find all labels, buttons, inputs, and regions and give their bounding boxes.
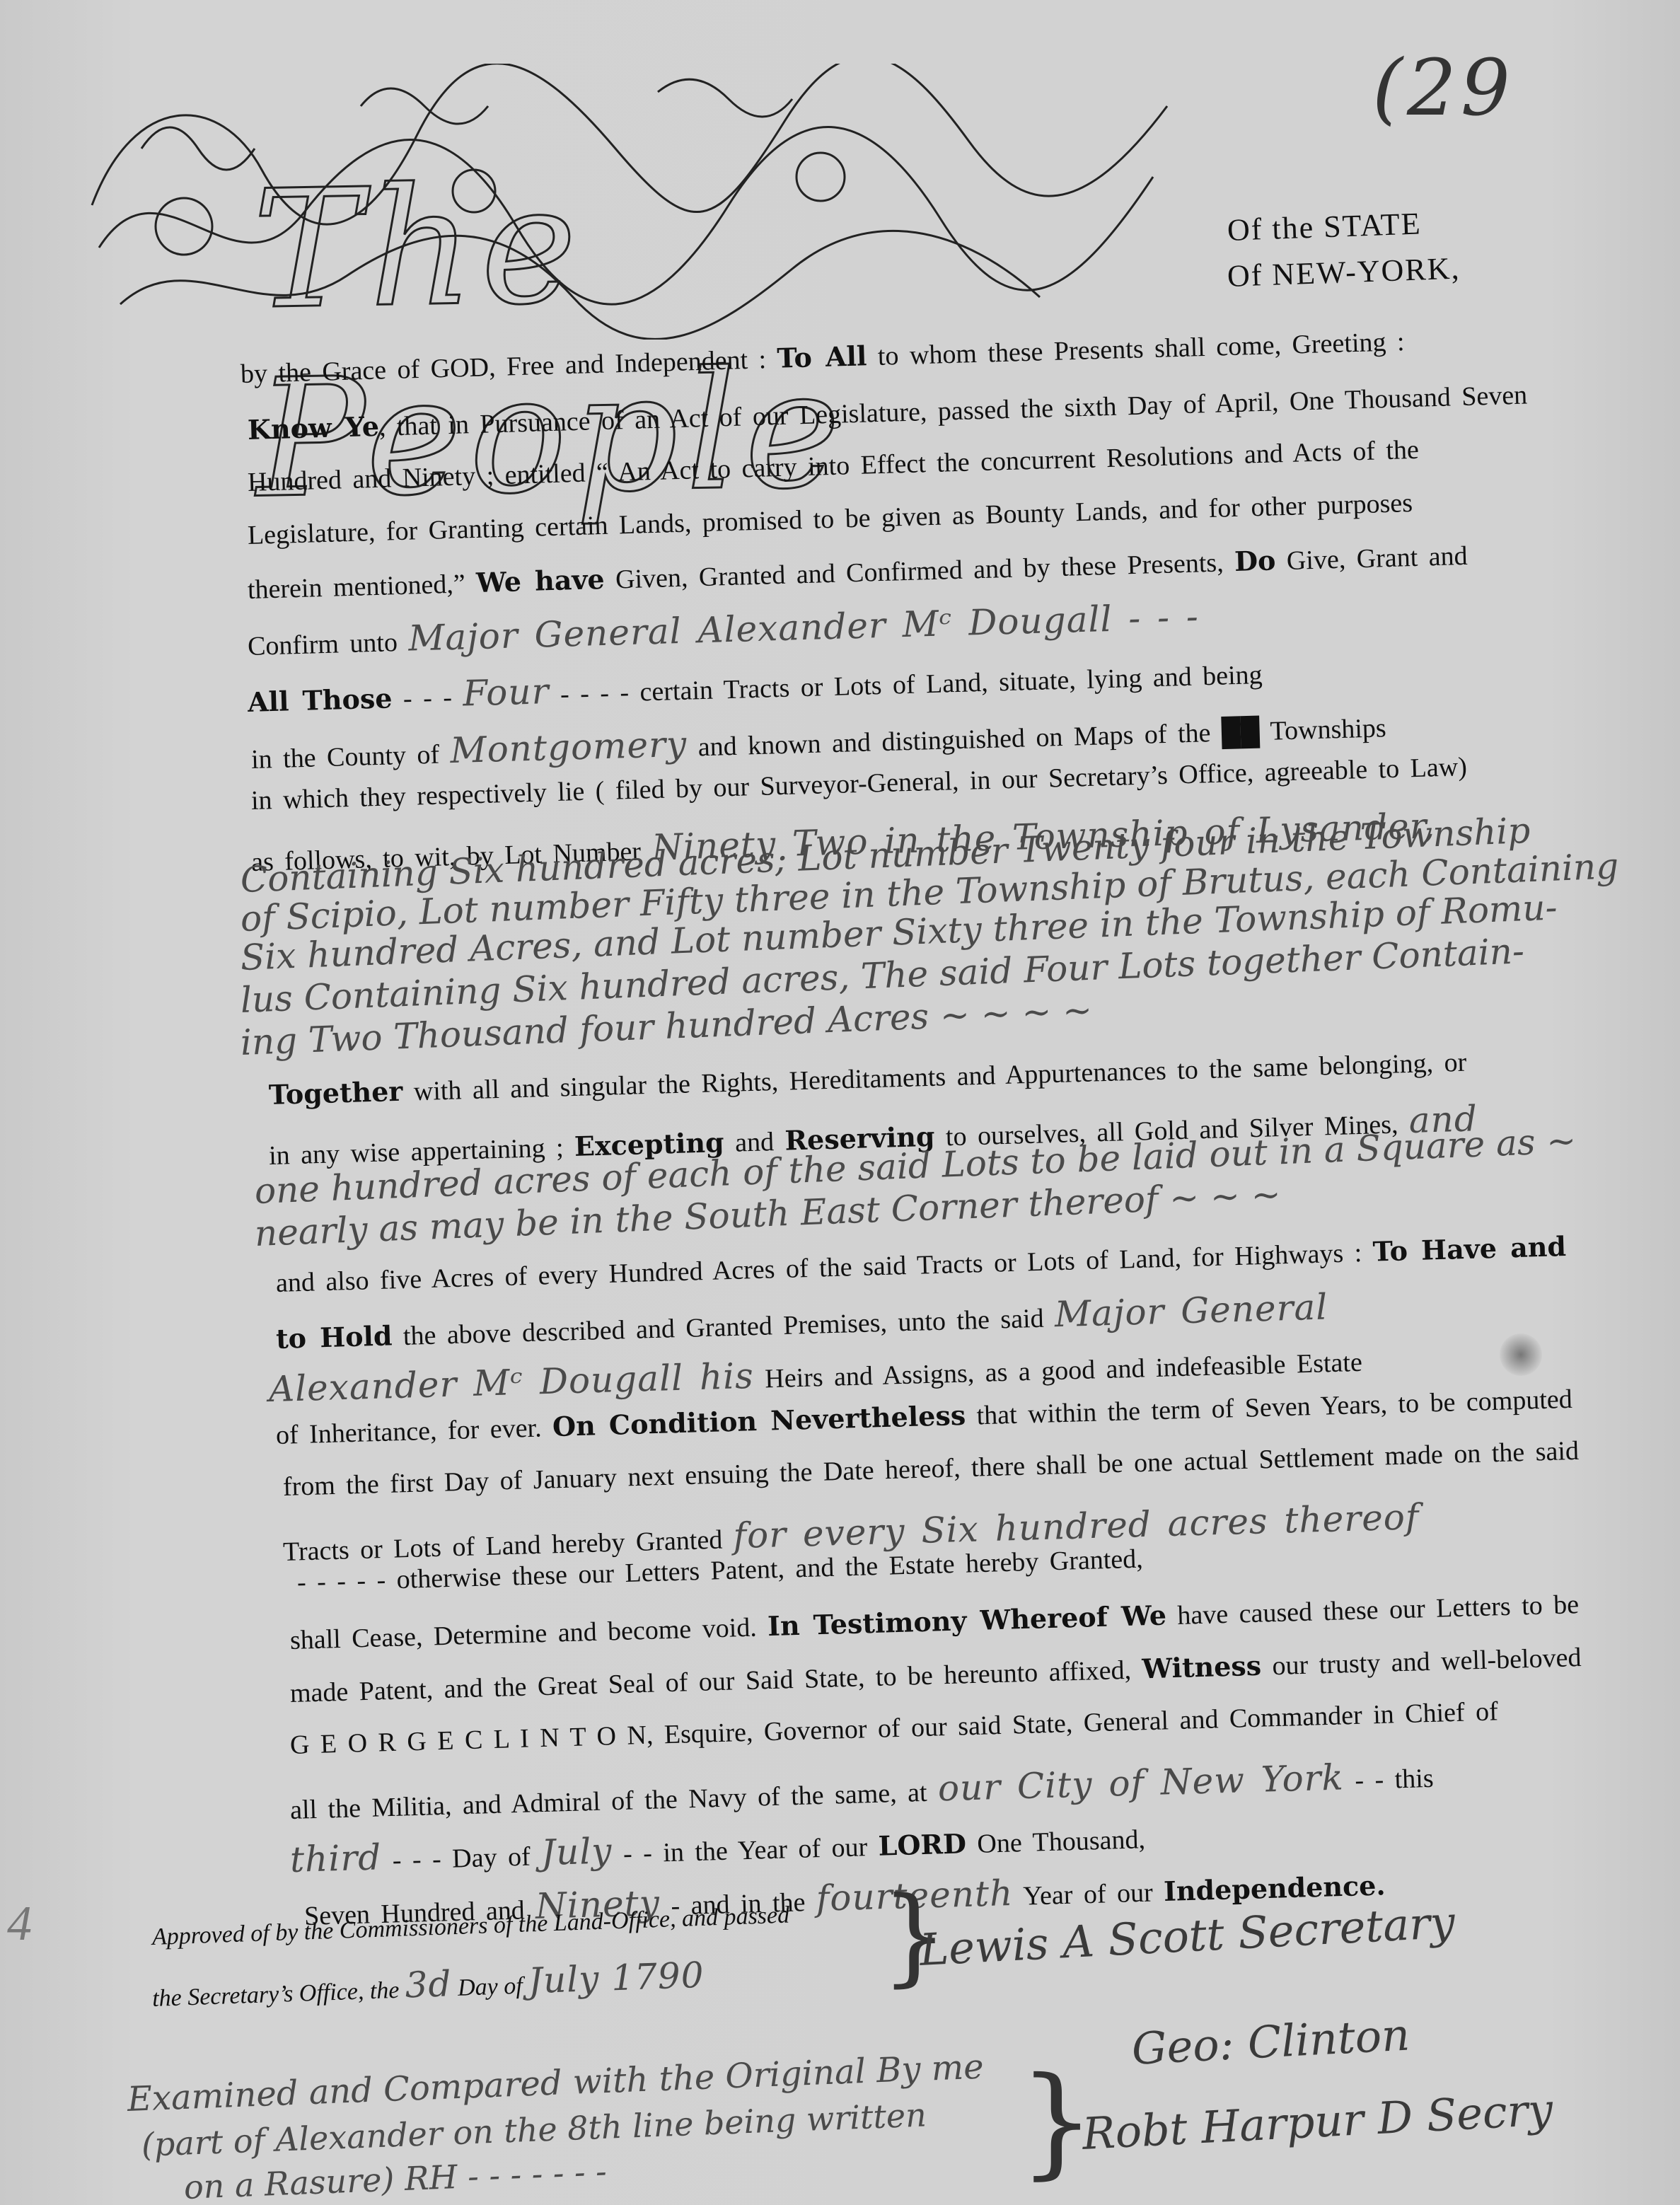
approved-date: July 1790: [528, 1955, 705, 2002]
printed-text: and known and distinguished on Maps of t…: [687, 713, 1386, 763]
blackletter-text: All Those: [247, 682, 393, 718]
printed-text: - - this: [1343, 1764, 1434, 1796]
blackletter-text: To Have and: [1372, 1230, 1566, 1268]
printed-text: - - - - certain Tracts or Lots of Land, …: [549, 660, 1263, 710]
handwritten-entry: Alexander Mᶜ Dougall his: [268, 1355, 754, 1410]
printed-text: Hundred and Ninety ; entitled “ An Act t…: [247, 435, 1419, 497]
printed-text: the above described and Granted Premises…: [392, 1303, 1055, 1351]
printed-line: by the Grace of GOD, Free and Independen…: [240, 325, 1405, 390]
printed-text: of Inheritance, for ever.: [275, 1413, 552, 1450]
printed-text: in the County of: [251, 739, 451, 775]
blackletter-text: to Hold: [275, 1319, 393, 1355]
printed-line: All Those - - - Four - - - - certain Tra…: [247, 651, 1263, 720]
handwritten-entry: July: [540, 1830, 613, 1873]
blackletter-text: Together: [268, 1075, 403, 1111]
printed-line: therein mentioned,” We have Given, Grant…: [247, 539, 1468, 606]
printed-text: - - -: [392, 683, 463, 714]
blackletter-text: Witness: [1142, 1650, 1262, 1685]
printed-text: with all and singular the Rights, Heredi…: [402, 1048, 1467, 1107]
printed-text: Confirm unto: [248, 627, 409, 661]
handwritten-entry: third: [289, 1836, 382, 1880]
printed-text: Year of our: [1013, 1877, 1164, 1911]
blackletter-text: On Condition Nevertheless: [552, 1399, 966, 1442]
blackletter-text: In Testimony Whereof We: [767, 1599, 1167, 1642]
document-paper: (29 The People Of the STATE Of NEW-YORK,…: [0, 0, 1680, 2205]
printed-text: Given, Granted and Confirmed and by thes…: [604, 548, 1235, 595]
printed-text: Give, Grant and: [1275, 541, 1468, 577]
printed-text: One Thousand,: [966, 1824, 1145, 1859]
approved-prefix: the Secretary’s Office, the: [152, 1977, 406, 2012]
printed-text: our trusty and well-beloved: [1261, 1643, 1581, 1682]
printed-text: made Patent, and the Great Seal of our S…: [289, 1655, 1142, 1708]
printed-line: Hundred and Ninety ; entitled “ An Act t…: [247, 434, 1419, 498]
brace-examined: }: [1019, 2051, 1095, 2192]
handwritten-entry: our City of New York: [937, 1757, 1344, 1809]
printed-line: from the first Day of January next ensui…: [282, 1435, 1579, 1503]
margin-mark: 4: [7, 1896, 32, 1952]
printed-line: Legislature, for Granting certain Lands,…: [247, 487, 1413, 551]
handwritten-entry: Four: [462, 671, 550, 714]
printed-text: have caused these our Letters to be: [1166, 1590, 1579, 1631]
printed-text: shall Cease, Determine and become void.: [289, 1612, 767, 1655]
printed-text: by the Grace of GOD, Free and Independen…: [240, 345, 777, 389]
printed-text: - - in the Year of our: [612, 1832, 879, 1869]
handwritten-entry: Major General: [1054, 1286, 1328, 1335]
printed-line: G E O R G E C L I N T O N, Esquire, Gove…: [289, 1696, 1498, 1761]
ink-smudge: [1500, 1333, 1542, 1376]
blackletter-text: Know Ye: [247, 410, 379, 446]
printed-text: to whom these Presents shall come, Greet…: [867, 327, 1405, 371]
printed-text: Heirs and Assigns, as a good and indefea…: [753, 1348, 1362, 1394]
blackletter-text: To All: [777, 340, 867, 374]
printed-text: therein mentioned,”: [247, 569, 476, 605]
printed-text: G E O R G E C L I N T O N, Esquire, Gove…: [289, 1696, 1498, 1760]
approved-mid: Day of: [451, 1972, 529, 2001]
handwritten-entry: Major General Alexander Mᶜ Dougall - - -: [407, 596, 1199, 659]
grant-body-text: by the Grace of GOD, Free and Independen…: [0, 0, 1680, 2205]
printed-line: third - - - Day of July - - in the Year …: [289, 1815, 1145, 1880]
printed-text: Legislature, for Granting certain Lands,…: [247, 488, 1413, 550]
printed-text: , that in Pursuance of an Act of our Leg…: [378, 380, 1527, 441]
printed-text: all the Militia, and Admiral of the Navy…: [290, 1777, 939, 1825]
printed-text: that within the term of Seven Years, to …: [966, 1384, 1573, 1431]
printed-line: Confirm unto Major General Alexander Mᶜ …: [247, 596, 1199, 664]
blackletter-text: LORD: [878, 1827, 967, 1861]
approved-day: 3d: [405, 1963, 453, 2006]
printed-text: - - - Day of: [381, 1841, 542, 1875]
blackletter-text: Do: [1234, 544, 1276, 577]
handwritten-entry: Montgomery: [450, 724, 688, 771]
blackletter-text: We have: [476, 563, 606, 598]
printed-line: all the Militia, and Admiral of the Navy…: [289, 1754, 1434, 1827]
printed-text: from the first Day of January next ensui…: [282, 1436, 1579, 1502]
